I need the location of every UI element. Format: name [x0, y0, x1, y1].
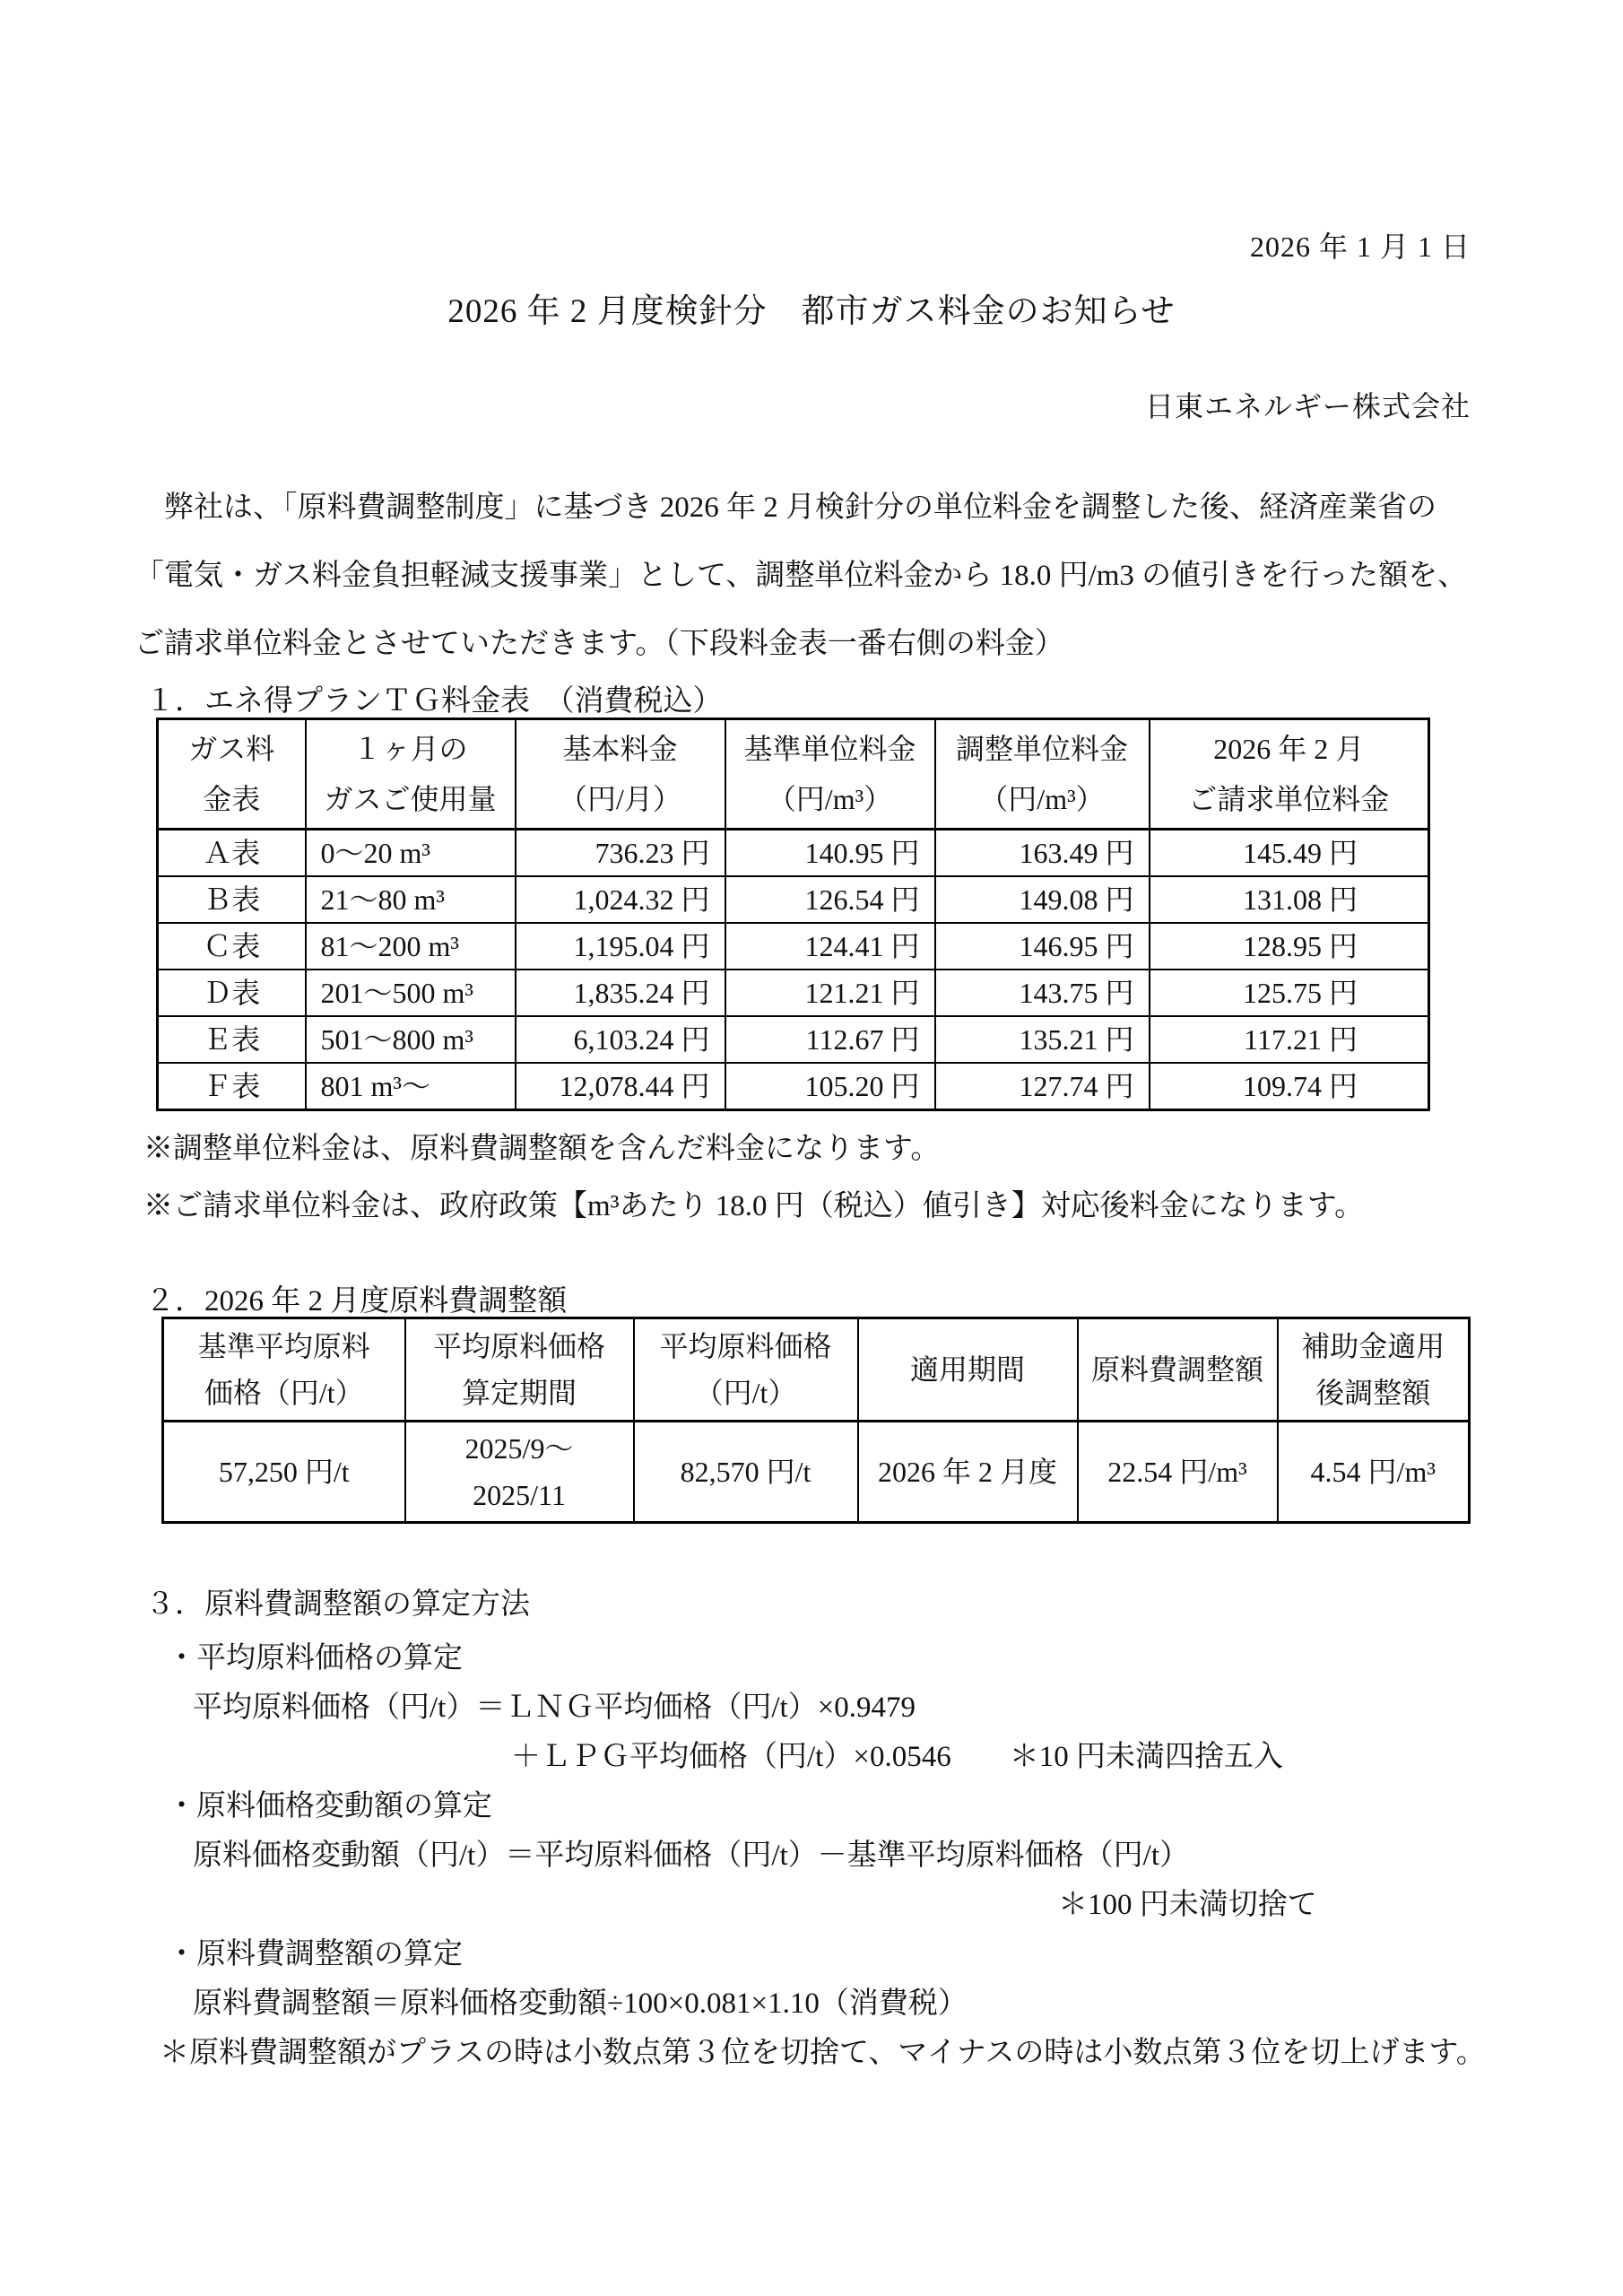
- table-cell: 1,835.24 円: [516, 970, 725, 1016]
- table-cell: 121.21 円: [725, 970, 935, 1016]
- company-name: 日東エネルギー株式会社: [1145, 384, 1471, 425]
- column-header: 基準平均原料 価格（円/t）: [163, 1318, 405, 1422]
- table-cell: Ｅ表: [158, 1016, 306, 1063]
- table-row: Ｃ表 81～200 m³ 1,195.04 円 124.41 円 146.95 …: [158, 923, 1429, 970]
- column-header: 基準単位料金 （円/m³）: [725, 719, 935, 830]
- table-row: Ｅ表 501～800 m³ 6,103.24 円 112.67 円 135.21…: [158, 1016, 1429, 1063]
- table-row: Ａ表 0～20 m³ 736.23 円 140.95 円 163.49 円 14…: [158, 830, 1429, 877]
- column-header: 補助金適用 後調整額: [1278, 1318, 1470, 1422]
- table-cell: 12,078.44 円: [516, 1063, 725, 1110]
- table-cell: 140.95 円: [725, 830, 935, 877]
- rounding-note-100yen: ＊100 円未満切捨て: [1058, 1881, 1317, 1923]
- section1-heading: １．エネ得プランＴＧ料金表 （消費税込）: [145, 677, 723, 719]
- table-cell: 125.75 円: [1150, 970, 1429, 1016]
- column-header: 2026 年 2 月 ご請求単位料金: [1150, 719, 1429, 830]
- rounding-note-10yen: ＊10 円未満四捨五入: [1010, 1741, 1283, 1773]
- table-cell: 801 m³～: [306, 1063, 516, 1110]
- intro-line: ご請求単位料金とさせていただきます。（下段料金表一番右側の料金）: [135, 610, 1506, 678]
- table-cell: 1,024.32 円: [516, 876, 725, 923]
- table-cell: 126.54 円: [725, 876, 935, 923]
- table-cell: 127.74 円: [935, 1063, 1150, 1110]
- section2-heading: ２．2026 年 2 月度原料費調整額: [145, 1277, 567, 1319]
- intro-line: 「電気・ガス料金負担軽減支援事業」として、調整単位料金から 18.0 円/m3 …: [135, 542, 1506, 610]
- table-cell: 2025/9～ 2025/11: [405, 1422, 634, 1523]
- table-cell: 105.20 円: [725, 1063, 935, 1110]
- table-cell: 22.54 円/m³: [1078, 1422, 1278, 1523]
- formula-adjustment-amount: 原料費調整額＝原料価格変動額÷100×0.081×1.10（消費税）: [193, 1979, 968, 2022]
- table-cell: 163.49 円: [935, 830, 1150, 877]
- column-header: 原料費調整額: [1078, 1318, 1278, 1422]
- table-cell: 82,570 円/t: [634, 1422, 858, 1523]
- table-cell: 0～20 m³: [306, 830, 516, 877]
- intro-line: 弊社は、「原料費調整制度」に基づき 2026 年 2 月検針分の単位料金を調整し…: [135, 474, 1506, 542]
- table-row: 57,250 円/t 2025/9～ 2025/11 82,570 円/t 20…: [163, 1422, 1470, 1523]
- formula-lpg: ＋ＬＰＧ平均価格（円/t）×0.0546＊10 円未満四捨五入: [511, 1733, 1283, 1775]
- section3-heading: ３．原料費調整額の算定方法: [145, 1580, 530, 1622]
- table-cell: Ａ表: [158, 830, 306, 877]
- table-cell: Ｄ表: [158, 970, 306, 1016]
- bullet-adjustment-amount: ・原料費調整額の算定: [167, 1930, 463, 1972]
- table-cell: 4.54 円/m³: [1278, 1422, 1470, 1523]
- column-header: 調整単位料金 （円/m³）: [935, 719, 1150, 830]
- table-cell: 149.08 円: [935, 876, 1150, 923]
- table-cell: Ｂ表: [158, 876, 306, 923]
- table-row: Ｂ表 21～80 m³ 1,024.32 円 126.54 円 149.08 円…: [158, 876, 1429, 923]
- table-cell: 1,195.04 円: [516, 923, 725, 970]
- document-page: 2026 年 1 月 1 日 2026 年 2 月度検針分 都市ガス料金のお知ら…: [0, 0, 1623, 2296]
- table-cell: 124.41 円: [725, 923, 935, 970]
- table-cell: 117.21 円: [1150, 1016, 1429, 1063]
- column-header: 適用期間: [858, 1318, 1078, 1422]
- column-header: 平均原料価格 （円/t）: [634, 1318, 858, 1422]
- table-row: Ｄ表 201～500 m³ 1,835.24 円 121.21 円 143.75…: [158, 970, 1429, 1016]
- formula-lng: 平均原料価格（円/t）＝ＬＮＧ平均価格（円/t）×0.9479: [193, 1683, 916, 1726]
- table-cell: 21～80 m³: [306, 876, 516, 923]
- rounding-rule-note: ＊原料費調整額がプラスの時は小数点第３位を切捨て、マイナスの時は小数点第３位を切…: [160, 2029, 1486, 2071]
- formula-lpg-term: ＋ＬＰＧ平均価格（円/t）×0.0546: [511, 1741, 951, 1773]
- table-cell: 736.23 円: [516, 830, 725, 877]
- table-cell: 201～500 m³: [306, 970, 516, 1016]
- table-row: Ｆ表 801 m³～ 12,078.44 円 105.20 円 127.74 円…: [158, 1063, 1429, 1110]
- page-title: 2026 年 2 月度検針分 都市ガス料金のお知らせ: [0, 283, 1623, 332]
- bullet-price-variation: ・原料価格変動額の算定: [167, 1782, 492, 1824]
- table-cell: Ｆ表: [158, 1063, 306, 1110]
- gas-rate-table: ガス料 金表 １ヶ月の ガスご使用量 基本料金 （円/月） 基準単位料金 （円/…: [156, 717, 1430, 1111]
- column-header: １ヶ月の ガスご使用量: [306, 719, 516, 830]
- note-billed-unit-rate: ※ご請求単位料金は、政府政策【m³あたり 18.0 円（税込）値引き】対応後料金…: [143, 1182, 1364, 1224]
- raw-material-adjustment-table: 基準平均原料 価格（円/t） 平均原料価格 算定期間 平均原料価格 （円/t） …: [161, 1317, 1471, 1524]
- header-row: ガス料 金表 １ヶ月の ガスご使用量 基本料金 （円/月） 基準単位料金 （円/…: [158, 719, 1429, 830]
- table-cell: 131.08 円: [1150, 876, 1429, 923]
- table-cell: 146.95 円: [935, 923, 1150, 970]
- table-cell: 135.21 円: [935, 1016, 1150, 1063]
- table-cell: 2026 年 2 月度: [858, 1422, 1078, 1523]
- table-cell: 143.75 円: [935, 970, 1150, 1016]
- document-date: 2026 年 1 月 1 日: [1250, 224, 1471, 265]
- table-cell: 6,103.24 円: [516, 1016, 725, 1063]
- table-cell: 112.67 円: [725, 1016, 935, 1063]
- column-header: 基本料金 （円/月）: [516, 719, 725, 830]
- table-cell: 145.49 円: [1150, 830, 1429, 877]
- column-header: 平均原料価格 算定期間: [405, 1318, 634, 1422]
- table-cell: 501～800 m³: [306, 1016, 516, 1063]
- header-row: 基準平均原料 価格（円/t） 平均原料価格 算定期間 平均原料価格 （円/t） …: [163, 1318, 1470, 1422]
- intro-paragraph: 弊社は、「原料費調整制度」に基づき 2026 年 2 月検針分の単位料金を調整し…: [135, 474, 1506, 678]
- table-cell: 57,250 円/t: [163, 1422, 405, 1523]
- bullet-average-price: ・平均原料価格の算定: [167, 1634, 463, 1676]
- table-cell: Ｃ表: [158, 923, 306, 970]
- note-adjusted-unit-rate: ※調整単位料金は、原料費調整額を含んだ料金になります。: [143, 1125, 940, 1167]
- table-cell: 81～200 m³: [306, 923, 516, 970]
- table-cell: 109.74 円: [1150, 1063, 1429, 1110]
- column-header: ガス料 金表: [158, 719, 306, 830]
- formula-price-variation: 原料価格変動額（円/t）＝平均原料価格（円/t）－基準平均原料価格（円/t）: [193, 1831, 1189, 1874]
- table-cell: 128.95 円: [1150, 923, 1429, 970]
